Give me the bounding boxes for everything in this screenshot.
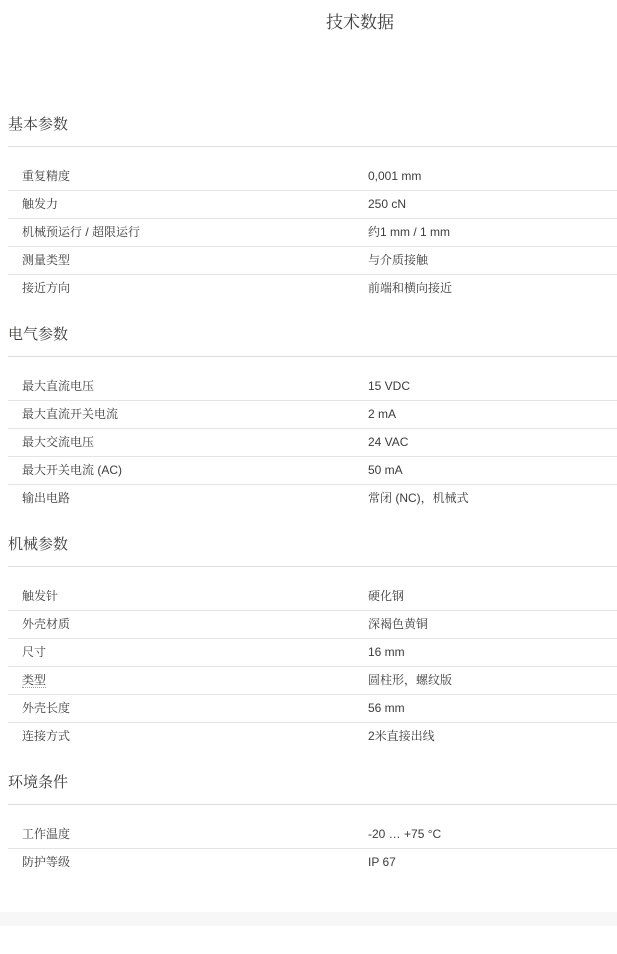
spec-value: 2 mA [368,401,617,428]
spec-row: 最大直流开关电流2 mA [8,401,617,429]
spec-label: 外壳材质 [22,611,368,638]
spec-row: 机械预运行 / 超限运行约1 mm / 1 mm [8,219,617,247]
spec-row: 工作温度-20 … +75 °C [8,821,617,849]
spec-value: -20 … +75 °C [368,821,617,848]
spec-section: 电气参数最大直流电压15 VDC最大直流开关电流2 mA最大交流电压24 VAC… [8,327,617,513]
spec-label: 触发针 [22,583,368,610]
spec-section: 环境条件工作温度-20 … +75 °C防护等级IP 67 [8,775,617,877]
spec-value: 50 mA [368,457,617,484]
spec-value: 56 mm [368,695,617,722]
spec-value: 24 VAC [368,429,617,456]
spec-row: 输出电路常闭 (NC)，机械式 [8,485,617,513]
spec-label: 尺寸 [22,639,368,666]
spec-value: IP 67 [368,849,617,877]
spec-label: 类型 [22,667,368,694]
spec-value: 2米直接出线 [368,723,617,751]
spec-label: 接近方向 [22,275,368,303]
spec-row: 触发针硬化钢 [8,583,617,611]
spec-value: 圆柱形，螺纹版 [368,667,617,694]
spec-row: 外壳长度56 mm [8,695,617,723]
spec-rows: 最大直流电压15 VDC最大直流开关电流2 mA最大交流电压24 VAC最大开关… [8,357,617,513]
spec-label-tooltip-term[interactable]: 类型 [22,673,46,688]
spec-value: 与介质接触 [368,247,617,274]
spec-value: 250 cN [368,191,617,218]
spec-label: 输出电路 [22,485,368,513]
spec-sections: 基本参数重复精度0,001 mm触发力250 cN机械预运行 / 超限运行约1 … [0,117,617,877]
spec-value: 约1 mm / 1 mm [368,219,617,246]
spec-value: 深褐色黄铜 [368,611,617,638]
spec-row: 触发力250 cN [8,191,617,219]
spec-rows: 工作温度-20 … +75 °C防护等级IP 67 [8,805,617,877]
spec-label: 机械预运行 / 超限运行 [22,219,368,246]
spec-label: 重复精度 [22,163,368,190]
spec-row: 外壳材质深褐色黄铜 [8,611,617,639]
section-title: 机械参数 [8,537,617,567]
spec-row: 最大交流电压24 VAC [8,429,617,457]
spec-value: 常闭 (NC)，机械式 [368,485,617,513]
spec-value: 硬化钢 [368,583,617,610]
spec-rows: 重复精度0,001 mm触发力250 cN机械预运行 / 超限运行约1 mm /… [8,147,617,303]
footer-strip [0,912,617,926]
spec-row: 连接方式2米直接出线 [8,723,617,751]
spec-value: 15 VDC [368,373,617,400]
spec-label: 工作温度 [22,821,368,848]
spec-label: 测量类型 [22,247,368,274]
section-title: 电气参数 [8,327,617,357]
spec-label: 连接方式 [22,723,368,751]
spec-value: 前端和横向接近 [368,275,617,303]
spec-value: 0,001 mm [368,163,617,190]
spec-label: 防护等级 [22,849,368,877]
spec-label: 最大直流开关电流 [22,401,368,428]
spec-row: 最大直流电压15 VDC [8,373,617,401]
page-title: 技术数据 [0,0,617,31]
spec-label: 最大直流电压 [22,373,368,400]
section-title: 环境条件 [8,775,617,805]
spec-section: 基本参数重复精度0,001 mm触发力250 cN机械预运行 / 超限运行约1 … [8,117,617,303]
tech-data-page: 技术数据 基本参数重复精度0,001 mm触发力250 cN机械预运行 / 超限… [0,0,617,926]
spec-value: 16 mm [368,639,617,666]
spec-label: 外壳长度 [22,695,368,722]
spec-row: 尺寸16 mm [8,639,617,667]
spec-section: 机械参数触发针硬化钢外壳材质深褐色黄铜尺寸16 mm类型圆柱形，螺纹版外壳长度5… [8,537,617,751]
spec-row: 类型圆柱形，螺纹版 [8,667,617,695]
spec-row: 最大开关电流 (AC)50 mA [8,457,617,485]
spec-row: 接近方向前端和横向接近 [8,275,617,303]
spec-row: 防护等级IP 67 [8,849,617,877]
section-title: 基本参数 [8,117,617,147]
spec-rows: 触发针硬化钢外壳材质深褐色黄铜尺寸16 mm类型圆柱形，螺纹版外壳长度56 mm… [8,567,617,751]
spec-label: 触发力 [22,191,368,218]
spec-row: 重复精度0,001 mm [8,163,617,191]
spec-row: 测量类型与介质接触 [8,247,617,275]
spec-label: 最大开关电流 (AC) [22,457,368,484]
spec-label: 最大交流电压 [22,429,368,456]
